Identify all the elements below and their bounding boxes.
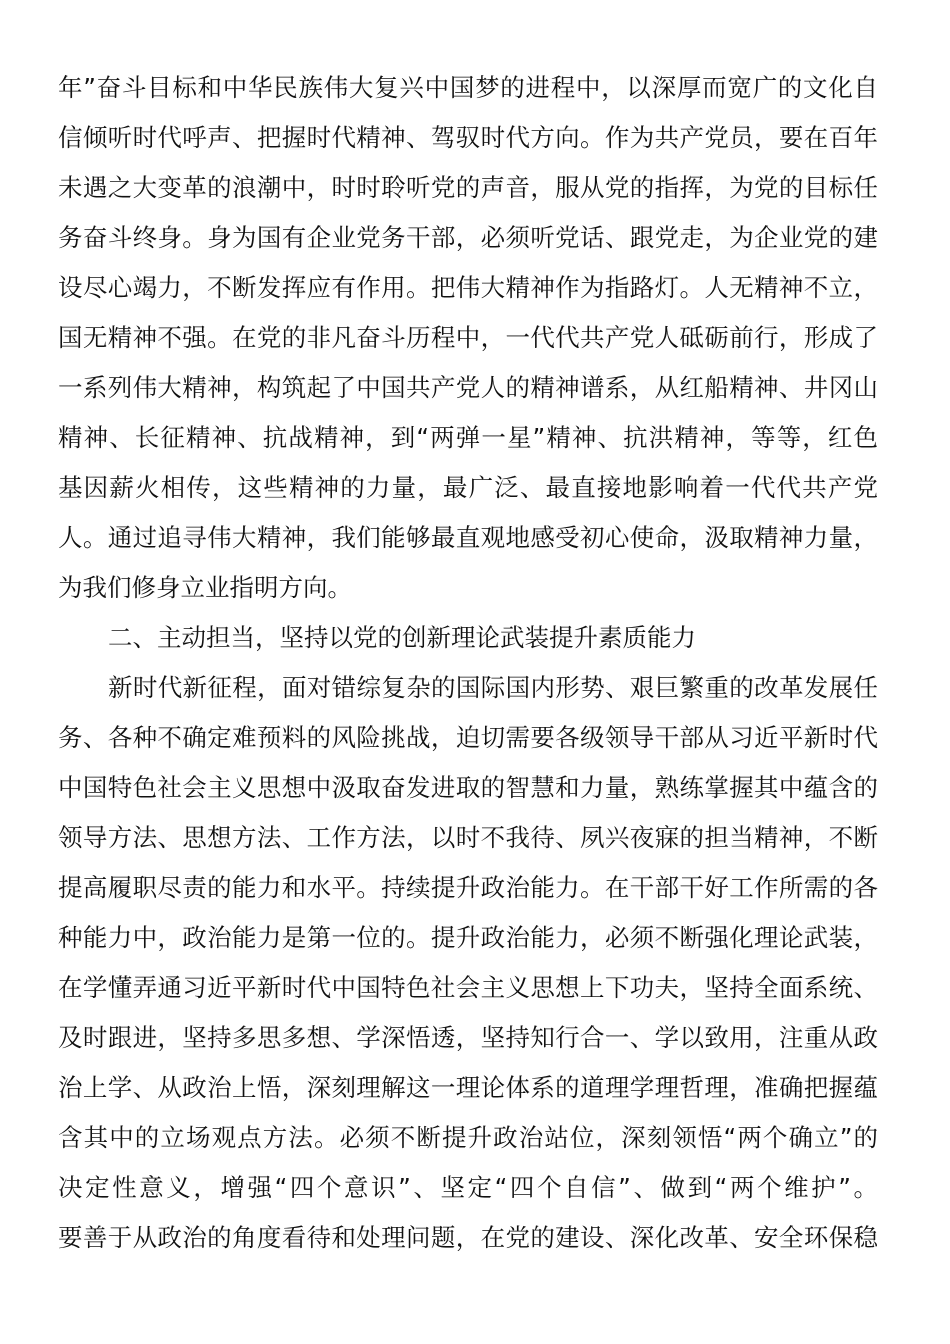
text-line: 决定性意义，增强“四个意识”、坚定“四个自信”、做到“两个维护”。 — [58, 1163, 878, 1213]
text-line: 领导方法、思想方法、工作方法，以时不我待、夙兴夜寐的担当精神，不断 — [58, 813, 878, 863]
text-line: 信倾听时代呼声、把握时代精神、驾驭时代方向。作为共产党员，要在百年 — [58, 113, 878, 163]
document-page: 年”奋斗目标和中华民族伟大复兴中国梦的进程中，以深厚而宽广的文化自 信倾听时代呼… — [58, 63, 878, 1263]
text-line: 一系列伟大精神，构筑起了中国共产党人的精神谱系，从红船精神、井冈山 — [58, 363, 878, 413]
text-line: 中国特色社会主义思想中汲取奋发进取的智慧和力量，熟练掌握其中蕴含的 — [58, 763, 878, 813]
text-line: 年”奋斗目标和中华民族伟大复兴中国梦的进程中，以深厚而宽广的文化自 — [58, 63, 878, 113]
text-line: 设尽心竭力，不断发挥应有作用。把伟大精神作为指路灯。人无精神不立， — [58, 263, 878, 313]
text-line: 基因薪火相传，这些精神的力量，最广泛、最直接地影响着一代代共产党 — [58, 463, 878, 513]
text-line: 务、各种不确定难预料的风险挑战，迫切需要各级领导干部从习近平新时代 — [58, 713, 878, 763]
text-line: 未遇之大变革的浪潮中，时时聆听党的声音，服从党的指挥，为党的目标任 — [58, 163, 878, 213]
text-line: 含其中的立场观点方法。必须不断提升政治站位，深刻领悟“两个确立”的 — [58, 1113, 878, 1163]
text-line: 精神、长征精神、抗战精神，到“两弹一星”精神、抗洪精神，等等，红色 — [58, 413, 878, 463]
text-line: 新时代新征程，面对错综复杂的国际国内形势、艰巨繁重的改革发展任 — [58, 663, 878, 713]
text-line: 及时跟进，坚持多思多想、学深悟透，坚持知行合一、学以致用，注重从政 — [58, 1013, 878, 1063]
text-line: 要善于从政治的角度看待和处理问题，在党的建设、深化改革、安全环保稳 — [58, 1213, 878, 1263]
text-line: 人。通过追寻伟大精神，我们能够最直观地感受初心使命，汲取精神力量， — [58, 513, 878, 563]
text-line: 提高履职尽责的能力和水平。持续提升政治能力。在干部干好工作所需的各 — [58, 863, 878, 913]
text-line: 在学懂弄通习近平新时代中国特色社会主义思想上下功夫，坚持全面系统、 — [58, 963, 878, 1013]
text-line: 治上学、从政治上悟，深刻理解这一理论体系的道理学理哲理，准确把握蕴 — [58, 1063, 878, 1113]
paragraph-2: 新时代新征程，面对错综复杂的国际国内形势、艰巨繁重的改革发展任 务、各种不确定难… — [58, 663, 878, 1263]
text-line: 种能力中，政治能力是第一位的。提升政治能力，必须不断强化理论武装， — [58, 913, 878, 963]
text-line: 为我们修身立业指明方向。 — [58, 563, 878, 613]
text-line: 务奋斗终身。身为国有企业党务干部，必须听党话、跟党走，为企业党的建 — [58, 213, 878, 263]
text-line: 国无精神不强。在党的非凡奋斗历程中，一代代共产党人砥砺前行，形成了 — [58, 313, 878, 363]
paragraph-1: 年”奋斗目标和中华民族伟大复兴中国梦的进程中，以深厚而宽广的文化自 信倾听时代呼… — [58, 63, 878, 613]
section-heading: 二、主动担当，坚持以党的创新理论武装提升素质能力 — [58, 613, 878, 663]
